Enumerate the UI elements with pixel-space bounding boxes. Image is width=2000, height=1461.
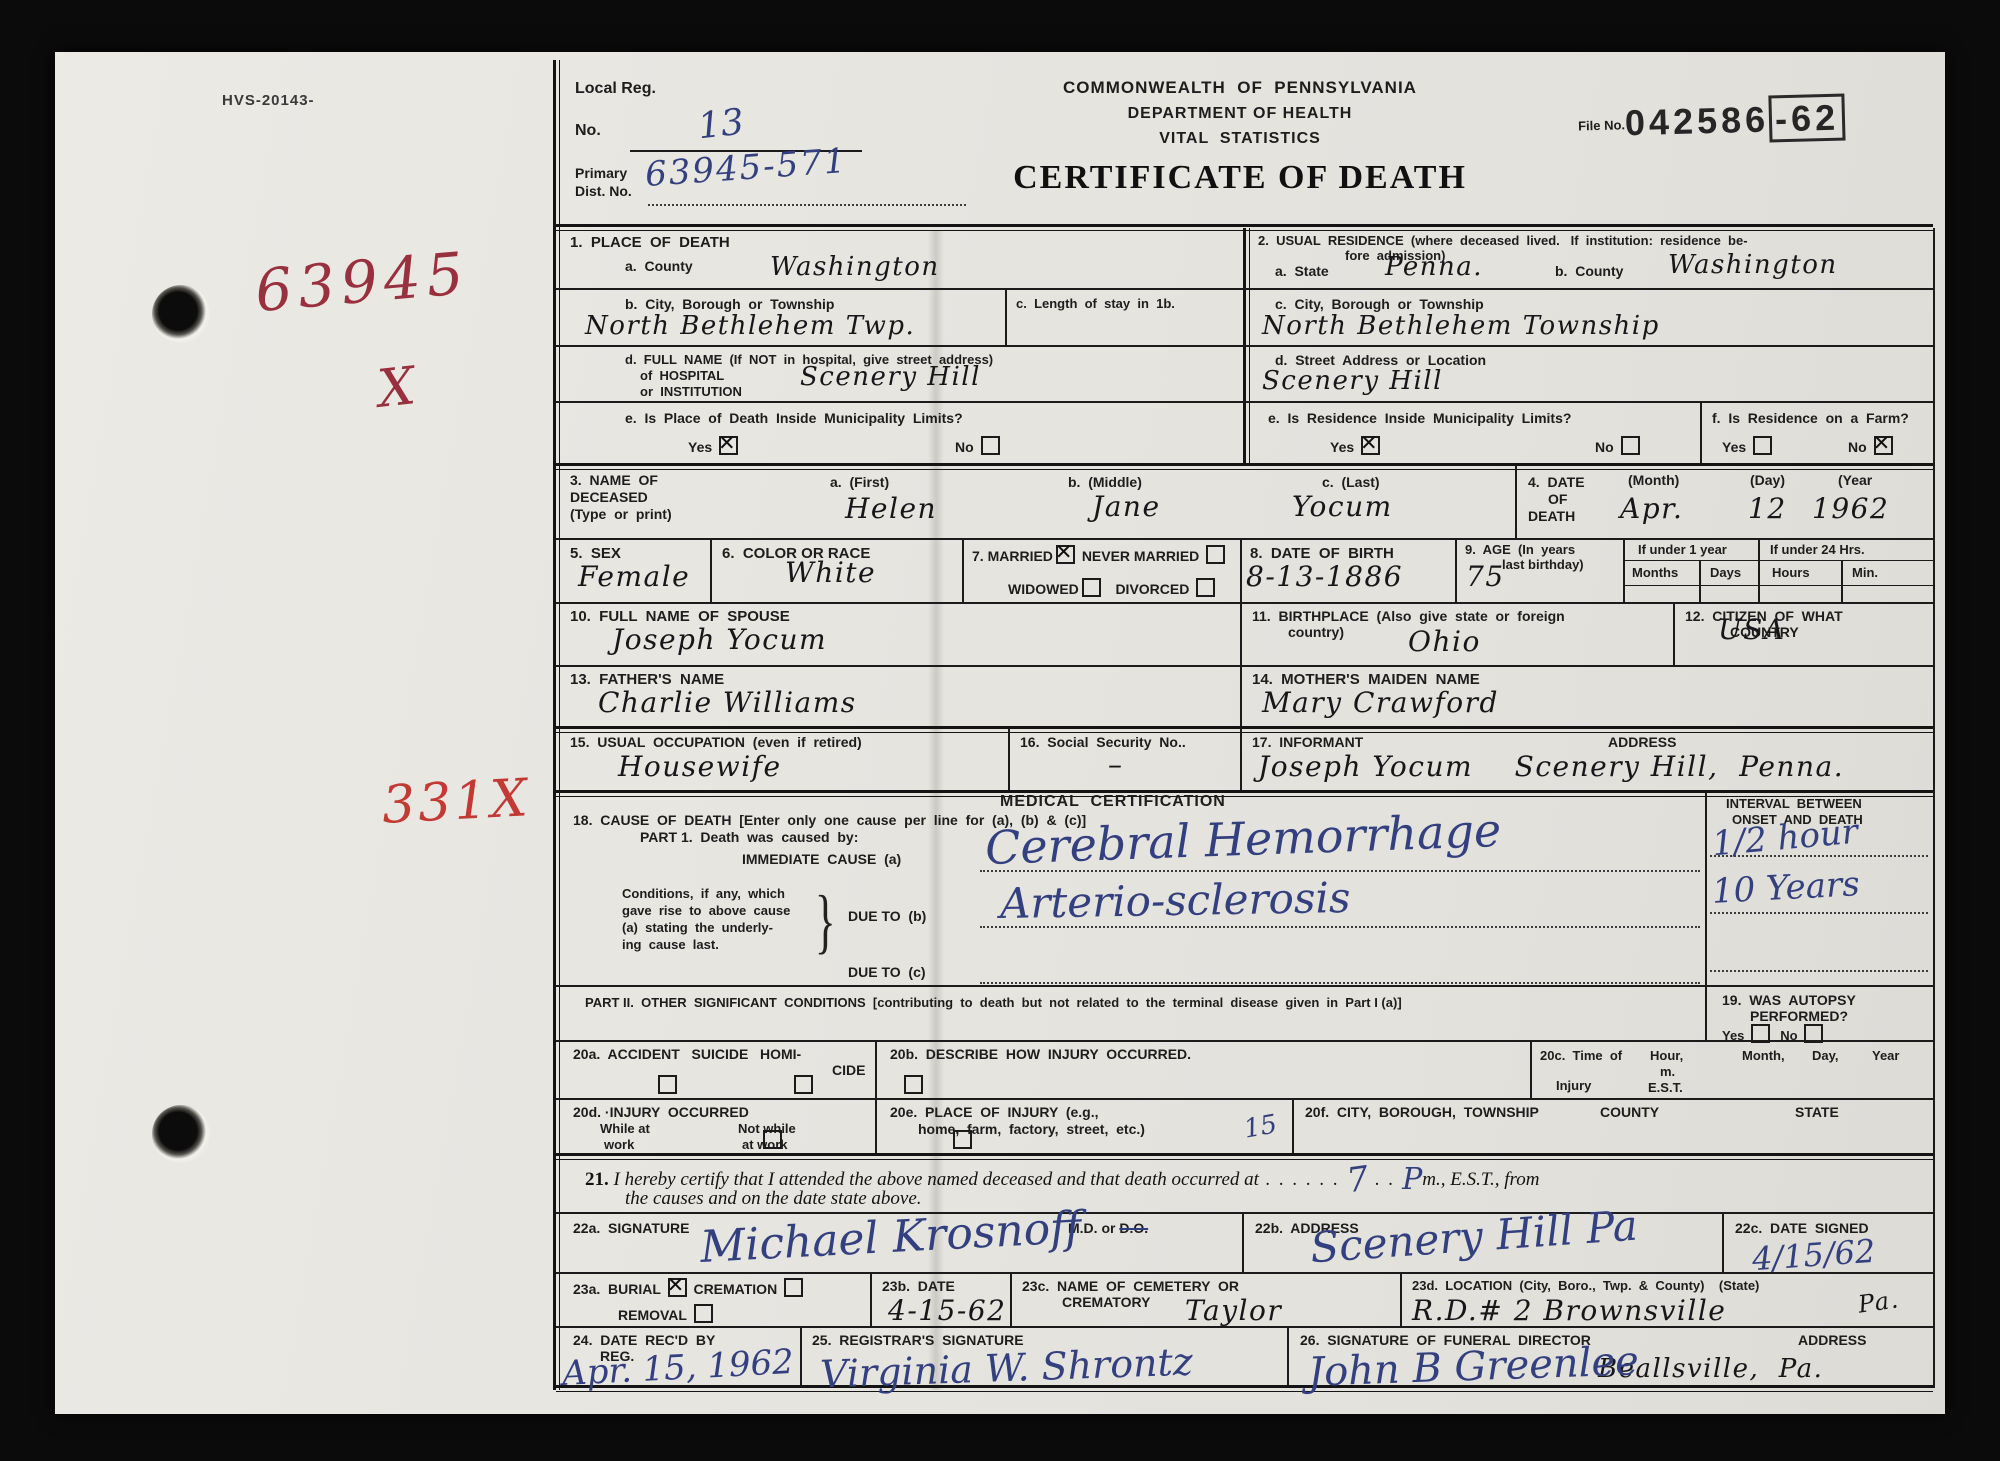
s9-months-label: Months <box>1632 565 1678 580</box>
s3-middle-value: Jane <box>1092 490 1161 523</box>
file-no-label: File No. <box>1578 117 1625 133</box>
s1e-no-checkbox: No <box>955 436 1003 456</box>
s22a-label: 22a. SIGNATURE <box>573 1220 689 1237</box>
s1e-yes-checkbox: Yes <box>688 436 741 456</box>
divider <box>556 288 1246 290</box>
s1d-label-2: of HOSPITAL <box>640 368 724 383</box>
s23c-label-2: CREMATORY <box>1062 1294 1150 1311</box>
local-reg-label: Local Reg. <box>575 80 656 99</box>
row-rule <box>556 726 1933 733</box>
s7-never-label: NEVER MARRIED <box>1082 548 1199 564</box>
conditions-brace: } <box>815 880 836 963</box>
s1b-value: North Bethlehem Twp. <box>585 311 915 341</box>
s18-due-b-label: DUE TO (b) <box>848 908 926 925</box>
s9-label-1: 9. AGE (In years <box>1465 542 1575 557</box>
s23d-value: R.D.# 2 Brownsville <box>1412 1294 1726 1327</box>
file-number-stamp: File No.042586-62 <box>1577 97 1845 146</box>
bottom-rule <box>556 1385 1933 1392</box>
s21-hw-hour: 7 <box>1344 1159 1371 1202</box>
s2e-no-box <box>1621 436 1640 455</box>
s20c-day-label: Day, <box>1812 1048 1839 1063</box>
divider <box>1246 288 1933 290</box>
s18-conditions-2: gave rise to above cause <box>622 903 790 918</box>
s18-conditions-1: Conditions, if any, which <box>622 886 785 901</box>
s21-hw-minutes: 15 <box>1242 1109 1280 1144</box>
s4-title-3: DEATH <box>1528 508 1575 525</box>
s4-title-1: 4. DATE <box>1528 474 1585 491</box>
s7-widowed-box <box>1082 578 1101 597</box>
s23a-row2: REMOVAL <box>618 1304 716 1324</box>
s4-month-label: (Month) <box>1628 472 1679 489</box>
divider <box>1841 560 1843 602</box>
s20e-label-2: home, farm, factory, street, etc.) <box>918 1121 1145 1138</box>
s23a-burial-label: 23a. BURIAL <box>573 1281 661 1297</box>
divider <box>1240 538 1242 602</box>
s20a-labels: 20a. ACCIDENT SUICIDE HOMI- <box>573 1046 801 1063</box>
s18-conditions-4: ing cause last. <box>622 937 719 952</box>
s20d-while-label-2: work <box>604 1137 634 1152</box>
s2c-value: North Bethlehem Township <box>1262 311 1660 341</box>
s20a-suicide-box <box>794 1075 813 1094</box>
s4-day-value: 12 <box>1748 492 1787 525</box>
s9-hours-label: Hours <box>1772 565 1810 580</box>
s18-conditions-3: (a) stating the underly- <box>622 920 773 935</box>
divider <box>1530 1040 1532 1098</box>
s23a-row1: 23a. BURIAL CREMATION <box>573 1278 806 1298</box>
s20c-hour-label: Hour, <box>1650 1048 1683 1063</box>
s20f-county-label: COUNTY <box>1600 1104 1659 1121</box>
row-rule <box>556 1098 1933 1100</box>
s7-never-box <box>1206 545 1225 564</box>
s20a-accident-box <box>658 1075 677 1094</box>
file-no-suffix: -62 <box>1768 94 1845 143</box>
s19-yes-label: Yes <box>1722 1028 1744 1043</box>
divider <box>1455 538 1457 602</box>
s4-year-value: 1962 <box>1812 492 1889 525</box>
s20e-label-1: 20e. PLACE OF INJURY (e.g., <box>890 1104 1099 1121</box>
divider <box>1623 560 1933 561</box>
s2a-value: Penna. <box>1385 252 1483 282</box>
s23a-removal-box <box>694 1304 713 1323</box>
s26-address-label: ADDRESS <box>1798 1332 1866 1349</box>
s1e-yes-label: Yes <box>688 439 712 455</box>
s20a-accident-label: ACCIDENT <box>608 1046 680 1062</box>
s2f-yes-label: Yes <box>1722 439 1746 455</box>
section2-title-1: 2. USUAL RESIDENCE (where deceased lived… <box>1258 233 1748 248</box>
s1e-no-label: No <box>955 439 974 455</box>
med-cert-title: MEDICAL CERTIFICATION <box>1000 793 1226 812</box>
s21-text-2: m., E.S.T., from <box>1422 1169 1539 1190</box>
s7-row1: 7. MARRIED NEVER MARRIED <box>972 545 1228 565</box>
s7-married-label: MARRIED <box>988 548 1053 564</box>
primary-dist-label-1: Primary <box>575 165 627 182</box>
s20c-year-label: Year <box>1872 1048 1899 1063</box>
section1-title: 1. PLACE OF DEATH <box>570 234 730 252</box>
divider <box>870 1272 872 1326</box>
commonwealth-line: COMMONWEALTH OF PENNSYLVANIA <box>990 78 1490 98</box>
s17-address-label: ADDRESS <box>1608 734 1676 751</box>
divider <box>1242 1212 1244 1272</box>
s2e-no-checkbox: No <box>1595 436 1643 456</box>
s23c-label-1: 23c. NAME OF CEMETERY OR <box>1022 1278 1239 1295</box>
row-rule <box>556 1212 1933 1214</box>
s7-divorced-box <box>1196 578 1215 597</box>
s1d-label-3: or INSTITUTION <box>640 384 742 399</box>
s18-immediate-label: IMMEDIATE CAUSE (a) <box>742 851 901 868</box>
s3-title-1: 3. NAME OF <box>570 472 658 489</box>
s21-text-1: I hereby certify that I attended the abo… <box>614 1169 1259 1190</box>
part2-label: PART II. OTHER SIGNIFICANT CONDITIONS [c… <box>585 995 1402 1010</box>
s3-last-value: Yocum <box>1292 490 1393 523</box>
s20f-state-label: STATE <box>1795 1104 1839 1121</box>
s4-day-label: (Day) <box>1750 472 1785 489</box>
s20f-label: 20f. CITY, BOROUGH, TOWNSHIP <box>1305 1104 1539 1121</box>
divider <box>1722 1212 1724 1272</box>
divider <box>556 345 1246 347</box>
cause-line-c <box>980 982 1700 984</box>
s9-under1y-label: If under 1 year <box>1638 542 1727 557</box>
row-rule <box>556 1153 1933 1160</box>
s9-label-2: last birthday) <box>1502 557 1584 572</box>
s9-days-label: Days <box>1710 565 1741 580</box>
s23a-cremation-label: CREMATION <box>693 1281 777 1297</box>
divider <box>1005 288 1007 347</box>
form-right-border <box>1933 228 1935 1388</box>
divider <box>1623 585 1933 586</box>
s23d-label: 23d. LOCATION (City, Boro., Twp. & Count… <box>1412 1278 1759 1293</box>
s3-last-label: c. (Last) <box>1322 474 1380 491</box>
s3-middle-label: b. (Middle) <box>1068 474 1142 491</box>
s17-value: Joseph Yocum Scenery Hill, Penna. <box>1258 750 1844 783</box>
divider <box>1700 401 1702 465</box>
form-left-border <box>553 60 560 1390</box>
interval-value-b: 10 Years <box>1711 864 1861 912</box>
s1d-value: Scenery Hill <box>800 362 981 392</box>
s20c-time-label-1: 20c. Time of <box>1540 1048 1622 1063</box>
s23a-cremation-box <box>784 1278 803 1297</box>
s23a-burial-box <box>668 1278 687 1297</box>
s21-dots: . . . . . . <box>1259 1169 1347 1190</box>
s3-title-2: DECEASED <box>570 489 648 506</box>
s9-value: 75 <box>1466 560 1505 593</box>
divider <box>875 1040 877 1098</box>
s9-min-label: Min. <box>1852 565 1878 580</box>
s2b-value: Washington <box>1668 250 1838 280</box>
s20b-label: 20b. DESCRIBE HOW INJURY OCCURRED. <box>890 1046 1191 1063</box>
s12-value: USA <box>1718 613 1786 646</box>
s1c-label: c. Length of stay in 1b. <box>1016 296 1175 311</box>
s2f-yes-checkbox: Yes <box>1722 436 1775 456</box>
divider <box>1699 560 1701 602</box>
s7-row2: WIDOWED DIVORCED <box>1008 578 1218 598</box>
s18-due-c-label: DUE TO (c) <box>848 964 926 981</box>
divider <box>875 1098 877 1155</box>
divider <box>1623 538 1625 602</box>
divider <box>1400 1272 1402 1326</box>
s2a-label: a. State <box>1275 263 1329 280</box>
s4-year-label: (Year <box>1838 472 1872 489</box>
s11-label-2: country) <box>1288 624 1344 641</box>
s23c-value: Taylor <box>1185 1294 1282 1327</box>
s7-divorced-label: DIVORCED <box>1115 581 1189 597</box>
red-pencil-x-mark: X <box>375 356 418 420</box>
row-rule <box>556 602 1933 604</box>
s20a-homicide-label-2: CIDE <box>832 1062 865 1079</box>
s11-value: Ohio <box>1408 625 1481 658</box>
row-rule <box>556 1272 1933 1274</box>
divider <box>800 1326 802 1387</box>
row-rule <box>556 665 1933 667</box>
local-reg-no-value: 13 <box>696 102 746 148</box>
s4-title-2: OF <box>1548 491 1567 508</box>
s14-value: Mary Crawford <box>1262 686 1499 719</box>
divider <box>1240 665 1242 726</box>
do-label-struck: D.O. <box>1119 1220 1148 1236</box>
s2f-label: f. Is Residence on a Farm? <box>1712 410 1909 427</box>
s6-value: White <box>785 556 876 589</box>
s2e-yes-checkbox: Yes <box>1330 436 1383 456</box>
local-reg-no-label: No. <box>575 122 601 141</box>
s3-title-3: (Type or print) <box>570 506 672 523</box>
interval-line-c <box>1710 970 1928 972</box>
divider <box>1673 602 1675 665</box>
s19-yes-box <box>1751 1024 1770 1043</box>
s18-due-b-value: Arterio-sclerosis <box>1000 873 1351 928</box>
s7-married-box <box>1056 545 1075 564</box>
s1e-yes-box <box>719 436 738 455</box>
divider <box>1246 345 1933 347</box>
s19-checkboxes: Yes No <box>1722 1024 1826 1043</box>
s20a-homicide-label-1: HOMI- <box>760 1046 801 1062</box>
divider <box>1287 1326 1289 1387</box>
s4-month-value: Apr. <box>1620 492 1683 525</box>
primary-dist-label-2: Dist. No. <box>575 183 632 200</box>
s20c-month-label: Month, <box>1742 1048 1785 1063</box>
s1a-value: Washington <box>770 252 940 282</box>
interval-line-b <box>1710 912 1928 914</box>
punch-hole <box>152 285 210 343</box>
s19-no-box <box>1804 1024 1823 1043</box>
file-no-main: 042586 <box>1624 99 1769 144</box>
s21-hw-p: P <box>1402 1162 1422 1197</box>
s2e-yes-box <box>1361 436 1380 455</box>
scanned-death-certificate: HVS-20143- 63945 X 331X Local Reg. No. 1… <box>0 0 2000 1461</box>
row-rule <box>556 985 1933 987</box>
red-pencil-code: 331X <box>381 768 532 836</box>
divider <box>1240 728 1242 790</box>
agency-header: COMMONWEALTH OF PENNSYLVANIA DEPARTMENT … <box>990 78 1490 197</box>
s23b-value: 4-15-62 <box>888 1294 1007 1327</box>
s13-value: Charlie Williams <box>598 686 857 719</box>
s20c-m-label: m. <box>1660 1064 1675 1079</box>
s2f-no-box <box>1874 436 1893 455</box>
divider <box>1292 1098 1294 1155</box>
s20d-while-label-1: While at <box>600 1121 650 1136</box>
interval-column-border <box>1705 792 1707 1040</box>
divider <box>1240 602 1242 665</box>
row-rule <box>556 463 1933 470</box>
s1a-label: a. County <box>625 258 693 275</box>
s20d-not-label-1: Not while <box>738 1121 796 1136</box>
divider <box>710 538 712 602</box>
divider <box>556 401 1246 403</box>
s15-value: Housewife <box>618 750 782 783</box>
row-rule <box>556 538 1933 540</box>
s15-label: 15. USUAL OCCUPATION (even if retired) <box>570 734 862 751</box>
s20a-num: 20a. <box>573 1046 600 1062</box>
interval-label-1: INTERVAL BETWEEN <box>1726 796 1862 811</box>
department-line: DEPARTMENT OF HEALTH <box>990 105 1490 124</box>
divider <box>1010 1272 1012 1326</box>
s7-num: 7. <box>972 548 984 564</box>
s20c-est-label: E.S.T. <box>1648 1080 1683 1095</box>
s20d-not-label-2: at work <box>742 1137 788 1152</box>
s2f-yes-box <box>1753 436 1772 455</box>
s20a-homicide-box <box>904 1075 923 1094</box>
certificate-title: CERTIFICATE OF DEATH <box>990 159 1490 197</box>
s11-label-1: 11. BIRTHPLACE (Also give state or forei… <box>1252 608 1565 625</box>
s2e-label: e. Is Residence Inside Municipality Limi… <box>1268 410 1571 427</box>
s3-first-value: Helen <box>845 492 937 525</box>
s2b-label: b. County <box>1555 263 1623 280</box>
s21-line-2: the causes and on the date state above. <box>625 1188 922 1210</box>
s21-num: 21. <box>585 1169 609 1190</box>
s19-no-label: No <box>1780 1028 1797 1043</box>
s20c-time-label-2: Injury <box>1556 1078 1591 1093</box>
divider <box>1758 538 1760 602</box>
vital-statistics-line: VITAL STATISTICS <box>990 130 1490 149</box>
s1e-label: e. Is Place of Death Inside Municipality… <box>625 410 963 427</box>
s9-under24-label: If under 24 Hrs. <box>1770 542 1865 557</box>
s19-label-1: 19. WAS AUTOPSY <box>1722 992 1856 1009</box>
s1e-no-box <box>981 436 1000 455</box>
s10-value: Joseph Yocum <box>612 623 827 656</box>
form-code: HVS-20143- <box>222 92 315 110</box>
s20d-label: 20d. ·INJURY OCCURRED <box>573 1104 749 1121</box>
s2f-no-label: No <box>1848 439 1867 455</box>
divider <box>962 538 964 602</box>
s17-label: 17. INFORMANT <box>1252 734 1363 751</box>
s16-label: 16. Social Security No.. <box>1020 734 1186 751</box>
punch-hole <box>152 1105 210 1163</box>
s24-label-1: 24. DATE REC'D BY <box>573 1332 715 1349</box>
primary-dist-line <box>648 204 966 206</box>
s23b-label: 23b. DATE <box>882 1278 955 1295</box>
s2f-no-checkbox: No <box>1848 436 1896 456</box>
s2d-value: Scenery Hill <box>1262 366 1443 396</box>
s7-widowed-label: WIDOWED <box>1008 581 1079 597</box>
s23a-removal-label: REMOVAL <box>618 1307 687 1323</box>
s16-value: – <box>1108 748 1124 781</box>
s18-part1-label: PART 1. Death was caused by: <box>640 829 858 846</box>
divider <box>1246 401 1933 403</box>
s3-first-label: a. (First) <box>830 474 889 491</box>
s23d-state-value: Pa. <box>1856 1285 1901 1319</box>
divider <box>1515 465 1517 538</box>
s8-value: 8-13-1886 <box>1246 560 1403 593</box>
s19-label-2: PERFORMED? <box>1750 1008 1848 1025</box>
s2e-no-label: No <box>1595 439 1614 455</box>
s20a-suicide-label: SUICIDE <box>692 1046 749 1062</box>
s2e-yes-label: Yes <box>1330 439 1354 455</box>
s5-value: Female <box>578 560 690 593</box>
divider <box>1008 728 1010 790</box>
